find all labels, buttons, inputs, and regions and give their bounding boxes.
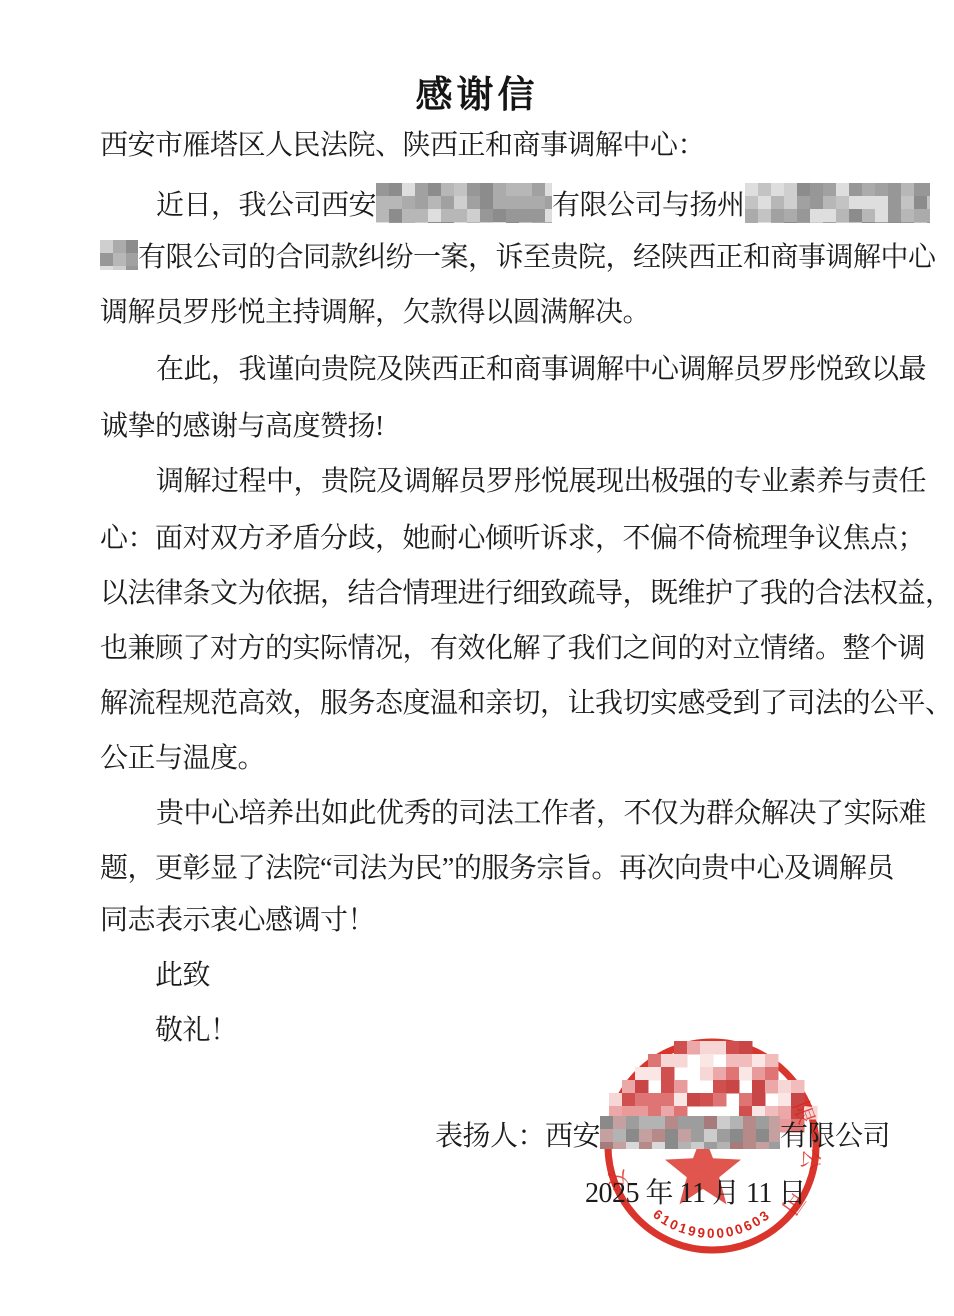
text-line-p3l2: 心：面对双方矛盾分歧，她耐心倾听诉求，不偏不倚梳理争议焦点； <box>100 519 925 561</box>
text-run: 解流程规范高效，服务态度温和亲切，让我切实感受到了司法的公平、 <box>100 684 953 724</box>
text-line-p1l3: 调解员罗彤悦主持调解，欠款得以圆满解决。 <box>100 293 650 335</box>
text-run: 诚挚的感谢与高度赞扬! <box>100 407 384 447</box>
redacted-company-tail-mosaic <box>100 240 138 270</box>
redacted-signer-company-mosaic <box>600 1116 780 1149</box>
text-run: 调解员罗彤悦主持调解，欠款得以圆满解决。 <box>100 293 650 333</box>
text-line-p4l2: 题，更彰显了法院“司法为民”的服务宗旨。再次向贵中心及调解员 <box>100 849 894 891</box>
text-line-closing1: 此致 <box>155 956 210 998</box>
text-run: 贵中心培养出如此优秀的司法工作者，不仅为群众解决了实际难 <box>156 794 926 834</box>
text-run: 2025 年 11 月 11 日 <box>585 1174 806 1214</box>
text-line-closing2: 敬礼！ <box>155 1011 238 1053</box>
text-run: 题，更彰显了法院“司法为民”的服务宗旨。再次向贵中心及调解员 <box>100 849 894 889</box>
text-line-p2l1: 在此，我谨向贵院及陕西正和商事调解中心调解员罗彤悦致以最 <box>100 350 926 392</box>
text-line-salutation: 西安市雁塔区人民法院、陕西正和商事调解中心： <box>100 126 705 168</box>
text-line-p3l4: 也兼顾了对方的实际情况，有效化解了我们之间的对立情绪。整个调 <box>100 629 925 671</box>
text-line-signature: 表扬人：西安有限公司 <box>435 1116 890 1158</box>
text-run: 敬礼！ <box>155 1011 238 1051</box>
redacted-yangzhou-company-mosaic <box>745 183 930 223</box>
text-run: 表扬人：西安 <box>435 1117 600 1157</box>
text-run: 近日，我公司西安 <box>156 186 376 226</box>
text-line-p3l5: 解流程规范高效，服务态度温和亲切，让我切实感受到了司法的公平、 <box>100 684 953 726</box>
text-line-p4l1: 贵中心培养出如此优秀的司法工作者，不仅为群众解决了实际难 <box>100 794 926 836</box>
text-run: 公正与温度。 <box>100 739 265 779</box>
text-run: 此致 <box>155 956 210 996</box>
text-run: 在此，我谨向贵院及陕西正和商事调解中心调解员罗彤悦致以最 <box>156 350 926 390</box>
text-run: 以法律条文为依据，结合情理进行细致疏导，既维护了我的合法权益， <box>100 574 953 614</box>
text-line-p4l3: 同志表示衷心感调寸！ <box>100 901 375 943</box>
text-line-p2l2: 诚挚的感谢与高度赞扬! <box>100 407 384 449</box>
text-line-p3l3: 以法律条文为依据，结合情理进行细致疏导，既维护了我的合法权益， <box>100 574 953 616</box>
text-line-date: 2025 年 11 月 11 日 <box>585 1174 806 1216</box>
text-run: 有限公司的合同款纠纷一案，诉至贵院，经陕西正和商事调解中心 <box>138 238 936 278</box>
page-title: 感谢信 <box>0 64 954 118</box>
text-run: 也兼顾了对方的实际情况，有效化解了我们之间的对立情绪。整个调 <box>100 629 925 669</box>
text-run: 西安市雁塔区人民法院、陕西正和商事调解中心： <box>100 126 705 166</box>
text-line-p1l2: 有限公司的合同款纠纷一案，诉至贵院，经陕西正和商事调解中心 <box>100 238 936 280</box>
text-run: 调解过程中，贵院及调解员罗彤悦展现出极强的专业素养与责任 <box>156 462 926 502</box>
redacted-xian-company-mosaic <box>376 183 552 223</box>
text-run: 心：面对双方矛盾分歧，她耐心倾听诉求，不偏不倚梳理争议焦点； <box>100 519 925 559</box>
text-run: 有限公司 <box>780 1117 890 1157</box>
text-line-p3l1: 调解过程中，贵院及调解员罗彤悦展现出极强的专业素养与责任 <box>100 462 926 504</box>
text-run: 有限公司与扬州 <box>552 186 745 226</box>
text-line-p3l6: 公正与温度。 <box>100 739 265 781</box>
text-run: 同志表示衷心感调寸！ <box>100 901 375 941</box>
letter-page: 感谢信 西安市雁塔区人民法院、陕西正和商事调解中心：近日，我公司西安有限公司与扬… <box>0 0 954 1316</box>
text-line-p1l1: 近日，我公司西安有限公司与扬州 <box>100 183 930 225</box>
